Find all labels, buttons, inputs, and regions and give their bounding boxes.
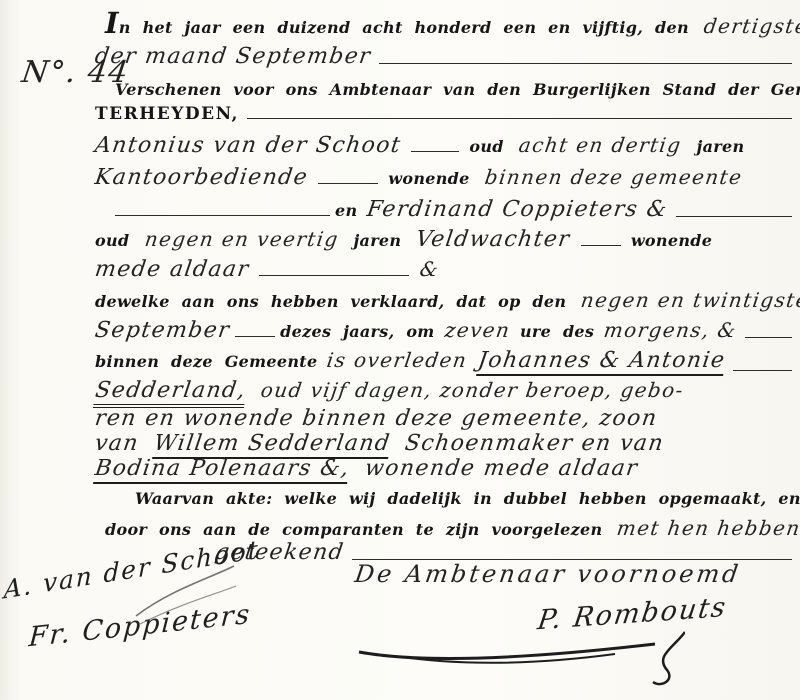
- ruled-blank: [733, 370, 792, 371]
- line-declarant2: en Ferdinand Coppieters &: [115, 197, 794, 222]
- line-father: van Willem Sedderland Schoenmaker en van: [95, 431, 664, 459]
- hand-mother-residence: wonende mede aldaar: [363, 456, 640, 481]
- line-declarant1: Antonius van der Schoot oud acht en dert…: [95, 133, 744, 158]
- line-mede-aldaar: mede aldaar &: [95, 257, 439, 282]
- hand-declarant1-age: acht en dertig: [517, 133, 683, 157]
- ruled-blank: [745, 337, 792, 338]
- hand-declarant1-name: Antonius van der Schoot: [93, 133, 403, 158]
- line-overleden: binnen deze Gemeente is overleden Johann…: [95, 348, 794, 376]
- hand-deceased-firstnames: Johannes & Antonie: [476, 348, 727, 376]
- hand-geboren-wonende: ren en wonende binnen deze gemeente, zoo…: [93, 406, 659, 431]
- line-waarvan-akte: Waarvan akte: welke wij dadelijk in dubb…: [135, 489, 800, 508]
- signature-flourish-swash: [355, 630, 685, 690]
- municipality-name: TERHEYDEN,: [95, 104, 239, 124]
- hand-day-of-month: dertigsten: [702, 14, 800, 38]
- line-gemeente: TERHEYDEN,: [95, 104, 794, 124]
- printed-waarvan-akte: Waarvan akte: welke wij dadelijk in dubb…: [135, 489, 800, 508]
- ruled-blank: [115, 211, 330, 216]
- line-death-time: September dezes jaars, om zeven ure des …: [95, 318, 794, 343]
- printed-dezes-jaars: dezes jaars, om: [280, 322, 434, 341]
- ruled-blank: [676, 216, 792, 217]
- line-voorgelezen: door ons aan de comparanten te zijn voor…: [105, 516, 800, 540]
- line-month: der maand September: [95, 44, 794, 69]
- printed-wonende: wonende: [631, 231, 712, 250]
- document-page: N°. 44 In het jaar een duizend acht hond…: [0, 0, 800, 700]
- line-declarant2-beroep: oud negen en veertig jaren Veldwachter w…: [95, 227, 712, 252]
- hand-is-overleden: is overleden: [326, 348, 470, 372]
- hand-declarant2-occupation: Veldwachter: [415, 227, 573, 252]
- line-year: In het jaar een duizend acht honderd een…: [105, 14, 800, 38]
- printed-en: en: [335, 201, 357, 220]
- ruled-blank: [318, 179, 378, 184]
- hand-ambtenaar-voornoemd: De Ambtenaar voornoemd: [353, 560, 743, 588]
- printed-verklaring: dewelke aan ons hebben verklaard, dat op…: [95, 292, 566, 311]
- hand-deceased-surname: Sedderland,: [93, 378, 248, 408]
- hand-month-text: der maand September: [93, 44, 373, 69]
- hand-met-hen-hebben: met hen hebben: [616, 516, 800, 540]
- line-declarant1-beroep: Kantoorbediende wonende binnen deze geme…: [95, 165, 742, 190]
- printed-oud: oud: [469, 137, 503, 156]
- hand-mede-aldaar: mede aldaar: [93, 257, 251, 282]
- printed-jaren: jaren: [353, 231, 401, 250]
- hand-declarant2-name: Ferdinand Coppieters &: [366, 197, 670, 222]
- ruled-blank: [247, 118, 792, 119]
- witness-flourish-swash: [130, 560, 240, 630]
- ruled-blank: [259, 271, 409, 276]
- hand-declarant1-residence: binnen deze gemeente: [483, 165, 744, 189]
- hand-declarant1-occupation: Kantoorbediende: [93, 165, 310, 190]
- hand-father-name: Willem Sedderland: [152, 431, 392, 459]
- printed-binnen-gemeente: binnen deze Gemeente: [95, 352, 317, 371]
- printed-oud: oud: [95, 231, 129, 250]
- printed-ure-des: ure des: [520, 322, 594, 341]
- hand-death-month: September: [93, 318, 232, 343]
- printed-jaren: jaren: [697, 137, 745, 156]
- printed-verschenen: Verschenen voor ons Ambtenaar van den Bu…: [115, 80, 800, 99]
- line-verklaring: dewelke aan ons hebben verklaard, dat op…: [95, 288, 800, 312]
- ruled-blank: [235, 332, 275, 337]
- line-geboren-wonende: ren en wonende binnen deze gemeente, zoo…: [95, 406, 657, 431]
- hand-declarant2-age: negen en veertig: [143, 227, 340, 251]
- hand-father-occupation: Schoenmaker en van: [404, 431, 666, 456]
- hand-closing-mark: &: [418, 257, 441, 281]
- line-deceased-surname: Sedderland, oud vijf dagen, zonder beroe…: [95, 378, 684, 408]
- printed-year-text: In het jaar een duizend acht honderd een…: [105, 18, 689, 37]
- line-ambtenaar: De Ambtenaar voornoemd: [355, 560, 741, 588]
- printed-voorgelezen: door ons aan de comparanten te zijn voor…: [105, 520, 602, 539]
- hand-van: van: [93, 431, 140, 456]
- line-verschenen: Verschenen voor ons Ambtenaar van den Bu…: [115, 80, 800, 99]
- hand-death-hour: zeven: [443, 318, 512, 342]
- hand-mother-name: Bodina Polenaars &,: [93, 456, 351, 484]
- hand-death-day: negen en twintigsten: [580, 288, 800, 312]
- hand-dagdeel: morgens, &: [603, 318, 739, 342]
- ruled-blank: [411, 147, 459, 152]
- printed-wonende: wonende: [388, 169, 469, 188]
- hand-deceased-age: oud vijf dagen, zonder beroep, gebo-: [259, 378, 685, 402]
- ruled-blank: [581, 241, 621, 246]
- line-mother: Bodina Polenaars &, wonende mede aldaar: [95, 456, 638, 484]
- ruled-blank: [379, 63, 792, 64]
